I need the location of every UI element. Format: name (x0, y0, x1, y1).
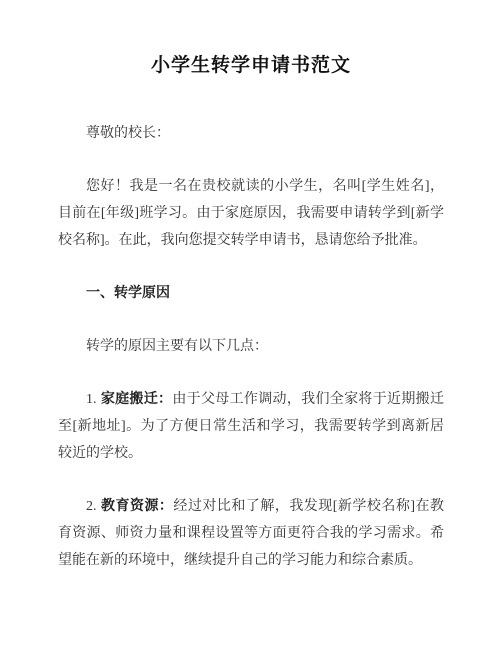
lead-paragraph: 转学的原因主要有以下几点： (58, 333, 444, 360)
list-item-1: 1.家庭搬迁：由于父母工作调动，我们全家将于近期搬迁至[新地址]。为了方便日常生… (58, 386, 444, 467)
item-label: 家庭搬迁： (101, 392, 173, 407)
document-page: 小学生转学申请书范文 尊敬的校长： 您好！我是一名在贵校就读的小学生，名叫[学生… (0, 0, 500, 647)
item-number: 2. (86, 499, 97, 514)
intro-paragraph: 您好！我是一名在贵校就读的小学生，名叫[学生姓名]，目前在[年级]班学习。由于家… (58, 173, 444, 254)
salutation: 尊敬的校长： (58, 120, 444, 147)
list-item-2: 2.教育资源：经过对比和了解，我发现[新学校名称]在教育资源、师资力量和课程设置… (58, 493, 444, 574)
section-heading: 一、转学原因 (58, 280, 444, 307)
page-title: 小学生转学申请书范文 (58, 52, 444, 80)
item-number: 1. (86, 392, 97, 407)
item-label: 教育资源： (101, 499, 174, 514)
